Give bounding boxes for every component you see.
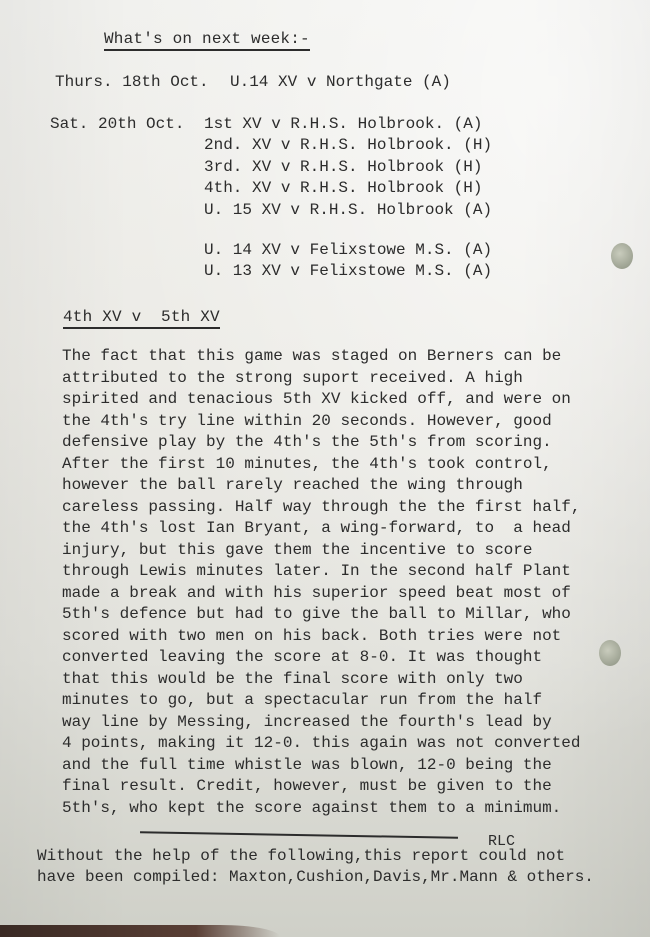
fixture-match: 4th. XV v R.H.S. Holbrook (H) xyxy=(204,178,482,198)
report-line: spirited and tenacious 5th XV kicked off… xyxy=(62,389,622,411)
report-line: careless passing. Half way through the t… xyxy=(62,497,622,519)
fixture-date: Thurs. 18th Oct. xyxy=(55,72,209,92)
divider-rule xyxy=(140,831,458,839)
punch-hole xyxy=(611,243,633,269)
fixture-match: 2nd. XV v R.H.S. Holbrook. (H) xyxy=(204,135,492,155)
report-line: injury, but this gave them the incentive… xyxy=(62,540,622,562)
report-line: scored with two men on his back. Both tr… xyxy=(62,626,622,648)
fixture-date: Sat. 20th Oct. xyxy=(50,114,184,134)
fixture-match: U.14 XV v Northgate (A) xyxy=(230,72,451,92)
fixture-match: 3rd. XV v R.H.S. Holbrook (H) xyxy=(204,157,482,177)
report-line: 5th's, who kept the score against them t… xyxy=(62,798,622,820)
fixtures-heading: What's on next week:- xyxy=(104,30,310,51)
acknowledgement-line: Without the help of the following,this r… xyxy=(37,846,647,867)
fixture-match: U. 13 XV v Felixstowe M.S. (A) xyxy=(204,261,492,281)
report-line: minutes to go, but a spectacular run fro… xyxy=(62,690,622,712)
report-line: that this would be the final score with … xyxy=(62,669,622,691)
report-line: 5th's defence but had to give the ball t… xyxy=(62,604,622,626)
report-line: the 4th's try line within 20 seconds. Ho… xyxy=(62,411,622,433)
report-line: converted leaving the score at 8-0. It w… xyxy=(62,647,622,669)
report-line: The fact that this game was staged on Be… xyxy=(62,346,622,368)
report-line: and the full time whistle was blown, 12-… xyxy=(62,755,622,777)
acknowledgement-line: have been compiled: Maxton,Cushion,Davis… xyxy=(37,867,647,888)
report-line: defensive play by the 4th's the 5th's fr… xyxy=(62,432,622,454)
fixture-match: U. 15 XV v R.H.S. Holbrook (A) xyxy=(204,200,492,220)
match-report-body: The fact that this game was staged on Be… xyxy=(62,346,622,819)
report-line: 4 points, making it 12-0. this again was… xyxy=(62,733,622,755)
acknowledgement: Without the help of the following,this r… xyxy=(37,846,647,888)
report-line: After the first 10 minutes, the 4th's to… xyxy=(62,454,622,476)
report-line: final result. Credit, however, must be g… xyxy=(62,776,622,798)
report-line: through Lewis minutes later. In the seco… xyxy=(62,561,622,583)
fixture-match: 1st XV v R.H.S. Holbrook. (A) xyxy=(204,114,482,134)
fixture-match: U. 14 XV v Felixstowe M.S. (A) xyxy=(204,240,492,260)
report-line: attributed to the strong suport received… xyxy=(62,368,622,390)
report-line: the 4th's lost Ian Bryant, a wing-forwar… xyxy=(62,518,622,540)
match-report-heading: 4th XV v 5th XV xyxy=(63,308,220,329)
report-line: however the ball rarely reached the wing… xyxy=(62,475,622,497)
report-line: way line by Messing, increased the fourt… xyxy=(62,712,622,734)
page-bottom-edge xyxy=(0,925,280,937)
report-line: made a break and with his superior speed… xyxy=(62,583,622,605)
